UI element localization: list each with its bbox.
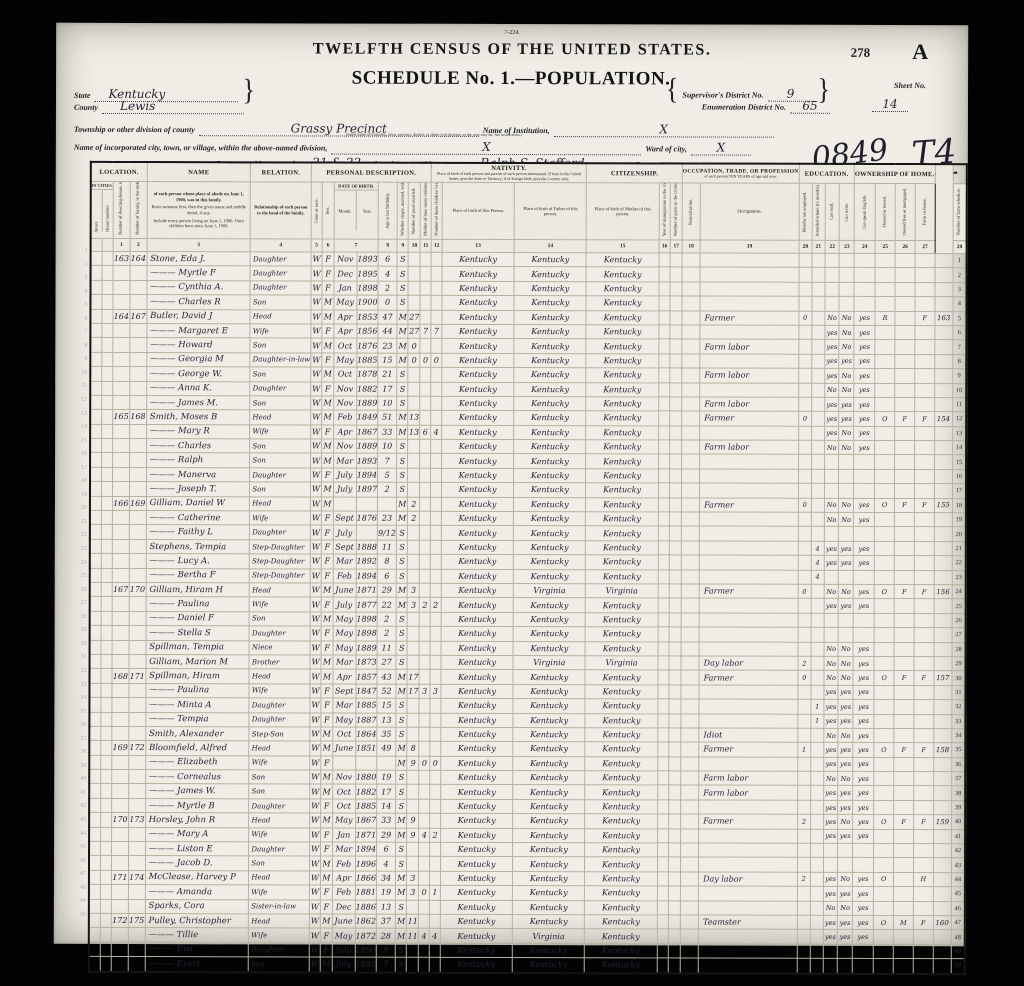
cell-lv [429,900,440,914]
cell-c: W [310,482,321,496]
cell-mo: Mar [333,454,356,468]
cell-sch: 4 [811,541,824,555]
cell-rd: No [824,771,839,785]
cell-line: 33 [952,714,966,728]
cell-house [100,856,111,870]
cell-nat [681,555,699,569]
cell-ym [408,641,420,655]
cell-yu [669,785,681,799]
left-line-number: 9 [77,356,87,370]
cell-occ [700,325,799,340]
cell-occ: Farm labor [700,339,799,354]
cell-m: M [397,310,408,324]
cell-dw: 167 [112,582,129,596]
cell-sch [811,527,824,541]
cell-pf: Kentucky [513,871,585,886]
cell-mo: Apr [334,310,357,324]
cell-m: M [395,929,406,943]
cell-fam [130,323,147,337]
cell-rd: yes [825,368,840,382]
cell-rel: Daughter [249,799,310,814]
cell-age: 29 [377,583,396,597]
cell-fh [915,383,935,397]
cell-rd: yes [824,426,839,440]
cell-fh [915,254,935,268]
cell-age: 13 [377,713,396,727]
cell-c: W [309,799,320,813]
cell-wr: yes [838,930,853,944]
colnum-24: 24 [854,240,875,253]
cell-en: yes [853,728,874,742]
cell-street [90,338,101,352]
col-dwelling-number: Number of dwelling-house, in the order o… [119,185,124,235]
cell-im [658,440,670,454]
cell-wr: No [838,671,853,685]
cell-mne [797,930,810,944]
cell-fam [129,626,146,640]
cell-line: 43 [951,858,965,872]
cell-street [90,381,101,395]
cell-fs: 156 [934,585,952,599]
cell-sch [810,872,823,886]
cell-dw: 163 [113,251,130,265]
cell-pb: Kentucky [440,929,512,944]
cell-pm: Kentucky [586,325,658,340]
cell-c: W [310,497,321,511]
cell-sch [810,915,823,929]
cell-yr: 1871 [356,583,377,597]
cell-occ: Farmer [699,814,798,829]
cell-nat [681,584,699,598]
cell-m: S [397,396,408,410]
cell-house [101,741,112,755]
cell-yr: 1867 [355,813,376,827]
cell-mtg [895,426,915,440]
cell-house [101,453,112,467]
left-line-number: 29 [77,627,87,641]
cell-ym: 2 [408,497,420,511]
cell-fh [913,959,933,974]
cell-m: S [396,626,407,640]
cell-yu [670,296,682,310]
cell-pf: Kentucky [514,425,586,440]
cell-rd [824,469,839,483]
cell-nat [682,454,700,468]
cell-occ [699,757,798,772]
col-name-description: of each person whose place of abode on J… [147,182,251,239]
cell-dw [113,323,130,337]
cell-c: W [311,338,322,352]
cell-occ [699,526,798,541]
col-attended-school: Attended school (in months). [816,187,821,237]
cell-ym [408,367,420,381]
cell-dw [112,770,129,784]
cell-street [89,899,100,913]
cell-c: W [310,525,321,539]
col-date-of-birth: DATE OF BIRTH. Month. Year. [334,182,379,239]
cell-mne [798,397,811,411]
cell-name: ——— Margaret E [147,323,251,338]
cell-pf: Kentucky [513,886,585,901]
cell-rel: Son [249,856,310,871]
cell-fam [130,338,147,352]
cell-nat [680,958,698,973]
cell-age: 6 [377,842,396,856]
cell-mo: Dec [332,900,355,914]
col-place-of-birth: Place of birth of this Person. [442,182,514,239]
cell-mne [799,325,812,339]
cell-name: ——— Lucy A. [146,554,250,569]
cell-fam [129,511,146,525]
cell-fh: F [915,412,935,426]
cell-ym: 3 [408,598,420,612]
cell-c: W [310,770,321,784]
cell-pf: Kentucky [513,727,585,742]
cell-fh [914,556,934,570]
cell-fam [129,654,146,668]
cell-pf: Kentucky [514,281,586,296]
cell-mtg [893,959,913,974]
cell-en [853,484,874,498]
cell-rel: Son [250,439,311,454]
cell-mo: Apr [334,324,357,338]
cell-wr: yes [838,887,853,901]
cell-mtg [894,628,914,642]
cell-age: 7 [378,454,397,468]
cell-line: 24 [952,585,966,599]
cell-wr: yes [838,714,853,728]
cell-pb: Kentucky [442,310,514,325]
cell-yr: 1898 [356,612,377,626]
cell-en: yes [854,440,875,454]
cell-mo: July [332,957,355,972]
cell-own [874,843,894,857]
cell-fs: 158 [934,743,952,757]
col-immigration-year: Year of immigration to the United States… [662,186,667,236]
cell-fam [129,467,146,481]
cell-pf: Kentucky [514,483,586,498]
cell-pf: Kentucky [514,310,586,325]
cell-fh [915,397,935,411]
cell-line: 14 [952,441,966,455]
cell-yr: 1889 [356,641,377,655]
cell-sch [811,656,824,670]
cell-wr: No [838,656,853,670]
cell-yu [670,368,682,382]
cell-name: ——— Stella S [146,626,250,641]
col-years-in-us: Number of years in the United States. [674,186,679,236]
cell-m: S [396,612,407,626]
cell-yr: 1897 [356,482,377,496]
cell-pm: Kentucky [585,756,657,771]
cell-own [874,700,894,714]
cell-fh [915,369,935,383]
cell-lv [429,943,440,957]
cell-street [89,827,100,841]
cell-yu [669,915,681,929]
cell-en [854,469,875,483]
cell-en: yes [853,757,874,771]
cell-line: 19 [952,513,966,527]
cell-fam [128,899,145,913]
cell-s: F [322,382,333,396]
cell-name: ——— Manerva [146,467,250,482]
cell-im [658,699,670,713]
cell-fh [914,513,934,527]
cell-own [874,728,894,742]
cell-line: 32 [952,700,966,714]
cell-s: M [320,957,331,972]
cell-rel: Head [250,496,311,511]
cell-ym [408,526,420,540]
col-sex: Sex. [326,207,331,215]
cell-im [658,483,670,497]
left-line-number: 25 [77,573,87,587]
cell-rd [825,268,840,282]
cell-lv [430,655,441,669]
cell-occ: Day labor [699,656,798,671]
cell-rd: yes [824,786,839,800]
cell-fam [129,539,146,553]
cell-nat [680,886,698,900]
cell-wr: No [838,771,853,785]
cell-street [89,784,100,798]
cell-mtg [893,930,913,944]
cell-occ [699,570,798,585]
cell-im [659,325,671,339]
cell-pb: Kentucky [441,828,513,843]
cell-fh [915,297,935,311]
cell-own [874,930,894,944]
cell-rd: yes [824,541,839,555]
cell-rd: yes [824,412,839,426]
cell-house [100,885,111,899]
cell-ym [409,252,421,266]
left-line-number: 38 [76,749,86,763]
cell-c: W [309,900,320,914]
cell-own: O [875,498,895,512]
cell-rel: Son [250,482,311,497]
nativity-note: Place of birth of each person and parent… [432,172,586,182]
cell-en: yes [853,512,874,526]
cell-wr: yes [839,412,854,426]
cell-nat [682,325,700,339]
cell-mtg [895,311,915,325]
cell-c: W [311,353,322,367]
cell-pb: Kentucky [441,799,513,814]
cell-own [875,325,895,339]
cell-s: M [322,396,333,410]
ward-value: X [691,140,751,155]
cell-age: 21 [378,367,397,381]
cell-name: ——— Mary R [146,424,250,439]
cell-line: 39 [951,800,965,814]
cell-wr: yes [838,757,853,771]
cell-wr: yes [838,743,853,757]
cell-name: ——— Eva [145,942,249,957]
cell-pb: Kentucky [441,468,513,483]
cell-mne [798,714,811,728]
cell-en [853,570,874,584]
cell-occ [699,843,798,858]
cell-age: 51 [378,410,397,424]
cell-s: M [322,367,333,381]
cell-fam [129,597,146,611]
cell-street [90,640,101,654]
cell-line: 3 [953,282,967,296]
cell-rd: yes [825,397,840,411]
cell-ch [419,842,430,856]
col-farm-schedule-number: Number of farm schedule. [957,189,962,236]
cell-sch [810,930,823,944]
left-line-number: 4 [77,289,87,303]
cell-s: M [322,310,333,324]
cell-pm: Kentucky [586,598,658,613]
cell-age: 52 [377,684,396,698]
cell-yu [670,310,682,324]
cell-mo: July [333,468,356,482]
census-title: TWELFTH CENSUS OF THE UNITED STATES. [56,40,968,60]
cell-rel: Wife [250,425,311,440]
left-line-number: 42 [76,803,86,817]
left-line-number: 2 [78,261,88,275]
cell-en: yes [853,599,874,613]
cell-fs: 159 [933,815,951,829]
cell-yu [670,382,682,396]
cell-pm: Kentucky [586,281,658,296]
cell-house [101,467,112,481]
cell-ch [419,727,430,741]
cell-sch [812,354,825,368]
cell-s: F [321,713,332,727]
cell-yr: 1887 [356,713,377,727]
cell-sch [811,685,824,699]
cell-fs [934,383,952,397]
cell-occ [699,541,798,556]
cell-yu [669,757,681,771]
cell-fam [130,266,147,280]
cell-name: McClease, Harvey P [145,870,249,885]
cell-fam: 171 [129,669,146,683]
cell-s: F [321,626,332,640]
cell-s: F [322,540,333,554]
cell-name: Smith, Moses B [146,410,250,425]
cell-rel: Head [249,741,310,756]
cell-yr: 1888 [356,540,377,554]
form-code: 7-224. [56,29,968,37]
left-line-number: 11 [77,383,87,397]
cell-fs [933,872,951,886]
cell-fam [128,957,145,972]
cell-mo: Oct [332,727,355,741]
cell-rd: yes [824,685,839,699]
cell-ch [419,612,430,626]
cell-m: S [397,439,408,453]
cell-lv [430,698,441,712]
cell-s: F [322,525,333,539]
cell-mo: Apr [332,871,355,885]
cell-name: Butler, David J [147,309,251,324]
cell-lv: 4 [429,929,440,943]
cell-fs [934,527,952,541]
cell-rd [823,858,838,872]
cell-yr: 1896 [355,856,376,870]
cell-house [101,367,112,381]
cell-own [875,426,895,440]
colnum-9: 9 [397,239,408,252]
cell-dw [112,554,129,568]
cell-lv [431,468,442,482]
cell-street [89,669,100,683]
cell-name: ——— Amanda [145,885,249,900]
cell-own: O [874,915,894,929]
cell-mo: May [332,928,355,942]
cell-im [657,814,669,828]
cell-rd: yes [823,800,838,814]
cell-mtg [894,541,914,555]
cell-occ [700,282,799,297]
cell-dw [111,856,128,870]
cell-rd: yes [824,757,839,771]
cell-lv [430,799,441,813]
cell-name: Spillman, Tempia [146,640,250,655]
cell-own [875,253,895,267]
cell-m: M [396,497,407,511]
cell-yu [670,339,682,353]
cell-nat [682,296,700,310]
cell-s: F [322,266,333,280]
colnum-28: 28 [953,241,967,254]
col-street: Street. [94,220,99,231]
cell-mne [798,685,811,699]
cell-c: W [310,698,321,712]
cell-rd: No [824,656,839,670]
cell-sch [810,800,823,814]
cell-yr: 1893 [356,454,377,468]
cell-mne: 2 [797,814,810,828]
cell-im [658,454,670,468]
cell-ym [408,396,420,410]
cell-sch [810,901,823,915]
cell-wr [839,268,854,282]
cell-s: M [322,338,333,352]
cell-fam [128,784,145,798]
cell-nat [682,368,700,382]
cell-fam [130,381,147,395]
group-nativity: NATIVITY. Place of birth of each person … [431,163,586,183]
cell-occ [699,685,798,700]
cell-street [89,813,100,827]
cell-dw [112,453,129,467]
cell-line: 35 [952,743,966,757]
cell-ch [419,900,430,914]
cell-street [90,438,101,452]
cell-im [659,253,671,267]
cell-yu [669,641,681,655]
cell-mo: Jan [334,281,357,295]
cell-m: M [396,756,407,770]
cell-line: 13 [952,426,966,440]
cell-age: 11 [377,540,396,554]
cell-yr: 1886 [355,900,376,914]
cell-own [875,469,895,483]
cell-line: 20 [952,527,966,541]
cell-im [657,900,669,914]
cell-m: M [396,598,407,612]
cell-ym [407,698,419,712]
cell-dw [113,367,130,381]
cell-fh [913,844,933,858]
